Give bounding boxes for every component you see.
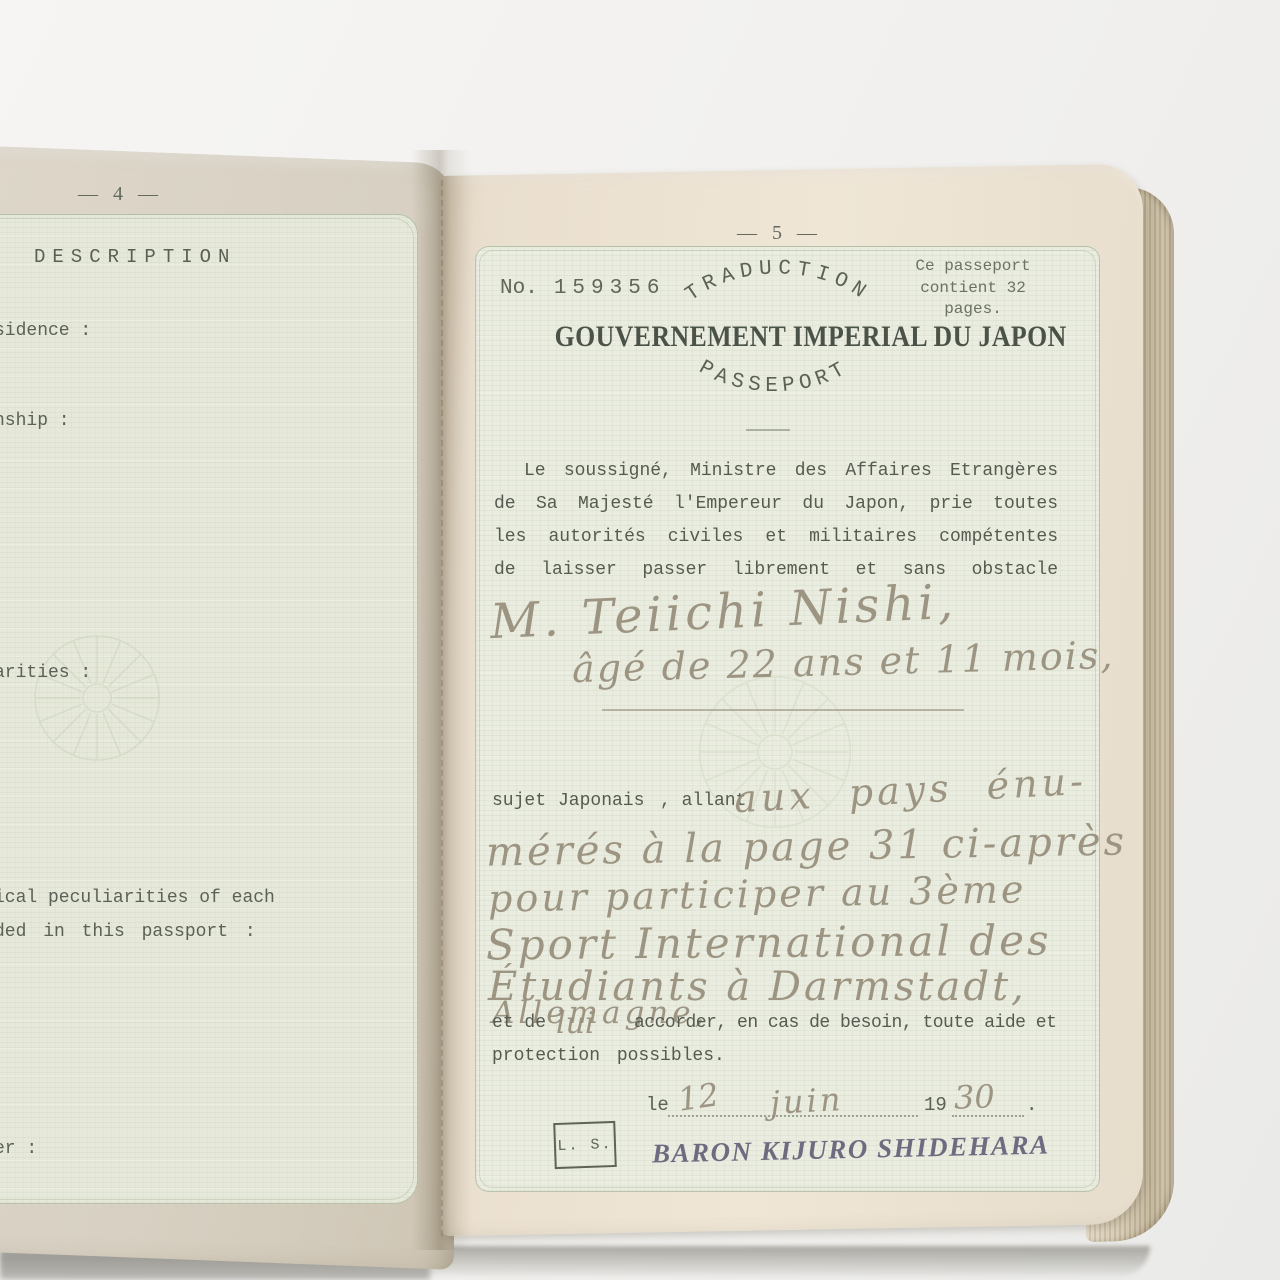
binding-stitch bbox=[441, 180, 443, 1236]
svg-text:PASSEPORT: PASSEPORT bbox=[695, 357, 854, 398]
body-line: les autorités civiles et militaires comp… bbox=[494, 527, 1058, 547]
arc-text-passeport: PASSEPORT bbox=[695, 357, 854, 398]
date-year-handwritten: 30 bbox=[953, 1077, 995, 1116]
left-page-title: DESCRIPTION bbox=[34, 246, 236, 268]
body-line: Le soussigné, Ministre des Affaires Etra… bbox=[524, 461, 1058, 481]
field-label-citizenship: nship : bbox=[0, 411, 70, 431]
closing-text: et de bbox=[492, 1013, 546, 1033]
date-label: le bbox=[646, 1094, 669, 1116]
arc-text-traduction: TRADUCTION bbox=[682, 257, 875, 307]
date-period: . bbox=[1026, 1094, 1037, 1116]
body-line: de Sa Majesté l'Empereur du Japon, prie … bbox=[494, 494, 1058, 514]
svg-text:TRADUCTION: TRADUCTION bbox=[682, 257, 875, 307]
closing-handwritten-word: lui bbox=[556, 1006, 595, 1041]
field-label-peculiarities: arities : bbox=[0, 663, 91, 683]
date-century: 19 bbox=[924, 1094, 947, 1116]
seal-label: L. S. bbox=[557, 1136, 613, 1155]
closing-text: accorder, en cas de besoin, toute aide e… bbox=[634, 1013, 1056, 1033]
government-title: GOUVERNEMENT IMPERIAL DU JAPON bbox=[555, 320, 1006, 354]
field-label-physical-peculiarities: ical peculiarities of each bbox=[0, 888, 275, 908]
destination-handwritten-line: Sport International des bbox=[486, 916, 1052, 970]
body-line: de laisser passer librement et sans obst… bbox=[494, 560, 1058, 580]
date-day-handwritten: 12 bbox=[676, 1075, 722, 1118]
passport-number-label: No. bbox=[500, 277, 538, 300]
age-underline bbox=[602, 709, 964, 711]
subject-word: sujet bbox=[492, 791, 546, 811]
subject-nationality: Japonais bbox=[558, 791, 644, 811]
passport-photo: — 4 — DESCRIPTION sidence : nship : arit… bbox=[0, 0, 1280, 1280]
field-label-residence: sidence : bbox=[0, 321, 91, 341]
left-page-printed-panel bbox=[0, 214, 418, 1204]
separator-rule bbox=[746, 429, 790, 431]
right-page-number: — 5 — bbox=[722, 222, 832, 245]
closing-line2: protection possibles. bbox=[492, 1046, 725, 1066]
seal-box: L. S. bbox=[553, 1121, 617, 1169]
field-label-included-in-passport: ded in this passport : bbox=[0, 922, 256, 942]
left-page-number: — 4 — bbox=[58, 183, 178, 206]
date-month-handwritten: juin bbox=[769, 1080, 844, 1122]
destination-handwritten-line: pour participer au 3ème bbox=[488, 867, 1027, 920]
field-label-bearer: er : bbox=[0, 1139, 37, 1159]
